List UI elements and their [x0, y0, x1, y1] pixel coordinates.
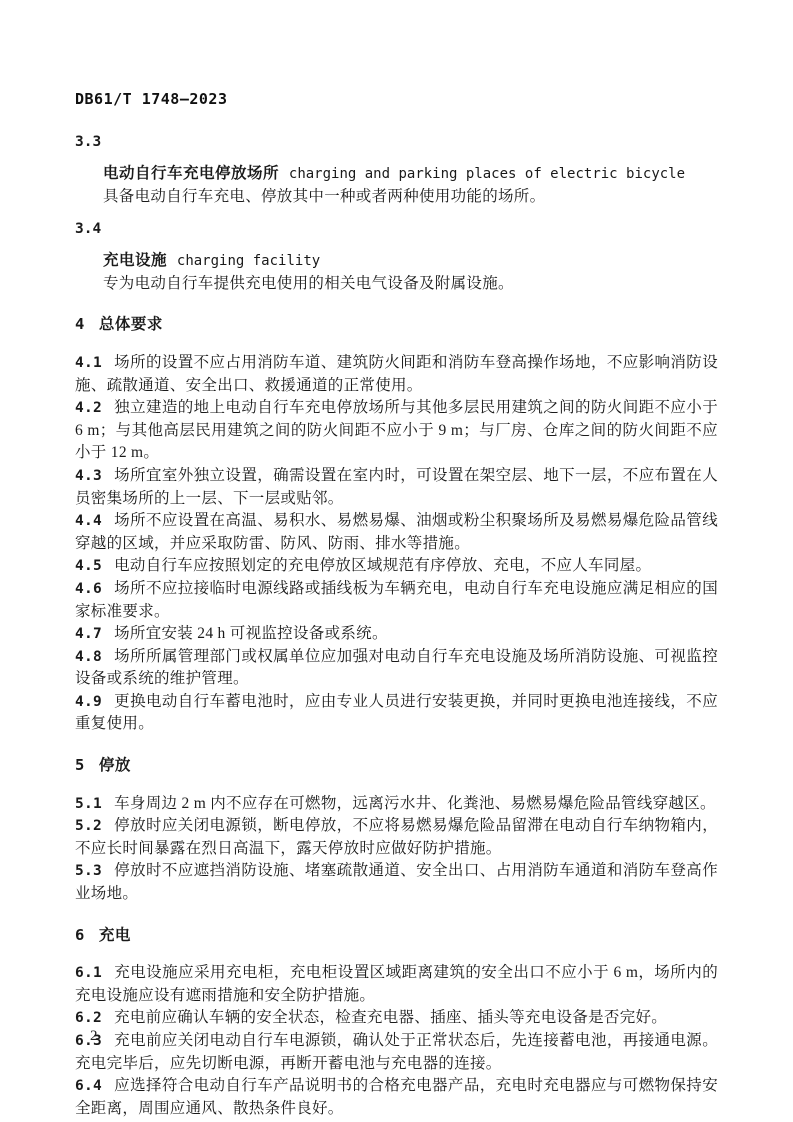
- clause-number: 4.6: [75, 581, 102, 597]
- clause-number: 6.2: [75, 1010, 102, 1026]
- document-code-header: DB61/T 1748—2023: [75, 90, 718, 108]
- clause-text: 充电前应关闭电动自行车电源锁，确认处于正常状态后，先连接蓄电池，再接通电源。充电…: [75, 1032, 718, 1072]
- section-number: 6: [75, 926, 85, 944]
- section-heading-4: 4总体要求: [75, 313, 718, 337]
- clause-number: 4.4: [75, 513, 102, 529]
- clause-6-3: 6.3充电前应关闭电动自行车电源锁，确认处于正常状态后，先连接蓄电池，再接通电源…: [75, 1030, 718, 1075]
- clause-text: 电动自行车应按照划定的充电停放区域规范有序停放、充电，不应人车同屋。: [114, 557, 651, 574]
- clause-4-3: 4.3场所宜室外独立设置，确需设置在室内时，可设置在架空层、地下一层，不应布置在…: [75, 465, 718, 510]
- clause-number: 6.1: [75, 965, 102, 981]
- clause-text: 应选择符合电动自行车产品说明书的合格充电器产品，充电时充电器应与可燃物保持安全距…: [75, 1077, 718, 1117]
- clause-number: 5.3: [75, 863, 102, 879]
- section-title: 充电: [99, 927, 131, 944]
- term-definition: 专为电动自行车提供充电使用的相关电气设备及附属设施。: [103, 273, 718, 296]
- clause-6-2: 6.2充电前应确认车辆的安全状态，检查充电器、插座、插头等充电设备是否完好。: [75, 1007, 718, 1030]
- clause-number: 6.4: [75, 1078, 102, 1094]
- section-heading-5: 5停放: [75, 754, 718, 778]
- clause-number: 4.9: [75, 694, 102, 710]
- clause-4-7: 4.7场所宜安装 24 h 可视监控设备或系统。: [75, 623, 718, 646]
- clause-5-3: 5.3停放时不应遮挡消防设施、堵塞疏散通道、安全出口、占用消防车通道和消防车登高…: [75, 860, 718, 905]
- clause-number: 4.8: [75, 649, 102, 665]
- clause-text: 场所所属管理部门或权属单位应加强对电动自行车充电设施及场所消防设施、可视监控设备…: [75, 648, 718, 688]
- clause-text: 充电设施应采用充电柜，充电柜设置区域距离建筑的安全出口不应小于 6 m，场所内的…: [75, 964, 718, 1004]
- clause-4-9: 4.9更换电动自行车蓄电池时，应由专业人员进行安装更换，并同时更换电池连接线，不…: [75, 691, 718, 736]
- clause-text: 车身周边 2 m 内不应存在可燃物，远离污水井、化粪池、易燃易爆危险品管线穿越区…: [114, 795, 716, 812]
- term-chinese: 电动自行车充电停放场所: [103, 165, 279, 182]
- section-heading-6: 6充电: [75, 924, 718, 948]
- term-title-line: 充电设施 charging facility: [103, 250, 718, 273]
- clause-4-4: 4.4场所不应设置在高温、易积水、易燃易爆、油烟或粉尘积聚场所及易燃易爆危险品管…: [75, 510, 718, 555]
- section-number: 5: [75, 756, 85, 774]
- term-number: 3.3: [75, 134, 718, 150]
- term-english: charging facility: [177, 253, 320, 269]
- term-english: charging and parking places of electric …: [289, 166, 685, 182]
- clause-4-6: 4.6场所不应拉接临时电源线路或插线板为车辆充电，电动自行车充电设施应满足相应的…: [75, 578, 718, 623]
- page-number: 2: [90, 1028, 98, 1045]
- clause-text: 场所宜室外独立设置，确需设置在室内时，可设置在架空层、地下一层，不应布置在人员密…: [75, 467, 718, 507]
- clause-text: 场所宜安装 24 h 可视监控设备或系统。: [114, 625, 388, 642]
- clause-text: 场所的设置不应占用消防车道、建筑防火间距和消防车登高操作场地，不应影响消防设施、…: [75, 354, 718, 394]
- clause-4-8: 4.8场所所属管理部门或权属单位应加强对电动自行车充电设施及场所消防设施、可视监…: [75, 646, 718, 691]
- clause-5-2: 5.2停放时应关闭电源锁，断电停放，不应将易燃易爆危险品留滞在电动自行车纳物箱内…: [75, 815, 718, 860]
- section-title: 停放: [99, 757, 131, 774]
- clause-4-5: 4.5电动自行车应按照划定的充电停放区域规范有序停放、充电，不应人车同屋。: [75, 555, 718, 578]
- clause-text: 更换电动自行车蓄电池时，应由专业人员进行安装更换，并同时更换电池连接线，不应重复…: [75, 693, 718, 733]
- clause-number: 4.1: [75, 355, 102, 371]
- term-definition: 具备电动自行车充电、停放其中一种或者两种使用功能的场所。: [103, 186, 718, 209]
- clause-number: 4.5: [75, 558, 102, 574]
- clause-number: 4.2: [75, 400, 102, 416]
- section-title: 总体要求: [99, 316, 163, 333]
- clause-number: 5.1: [75, 796, 102, 812]
- term-number: 3.4: [75, 221, 718, 237]
- clause-text: 充电前应确认车辆的安全状态，检查充电器、插座、插头等充电设备是否完好。: [114, 1009, 667, 1026]
- term-entry-3-3: 3.3 电动自行车充电停放场所 charging and parking pla…: [75, 134, 718, 208]
- clause-text: 独立建造的地上电动自行车充电停放场所与其他多层民用建筑之间的防火间距不应小于 6…: [75, 399, 718, 461]
- document-page: DB61/T 1748—2023 3.3 电动自行车充电停放场所 chargin…: [0, 0, 793, 1122]
- clause-text: 停放时应关闭电源锁，断电停放，不应将易燃易爆危险品留滞在电动自行车纳物箱内，不应…: [75, 817, 718, 857]
- clause-text: 停放时不应遮挡消防设施、堵塞疏散通道、安全出口、占用消防车通道和消防车登高作业场…: [75, 862, 718, 902]
- clause-6-4: 6.4应选择符合电动自行车产品说明书的合格充电器产品，充电时充电器应与可燃物保持…: [75, 1075, 718, 1120]
- clause-4-1: 4.1场所的设置不应占用消防车道、建筑防火间距和消防车登高操作场地，不应影响消防…: [75, 352, 718, 397]
- clause-text: 场所不应拉接临时电源线路或插线板为车辆充电，电动自行车充电设施应满足相应的国家标…: [75, 580, 718, 620]
- clause-4-2: 4.2独立建造的地上电动自行车充电停放场所与其他多层民用建筑之间的防火间距不应小…: [75, 397, 718, 465]
- term-entry-3-4: 3.4 充电设施 charging facility 专为电动自行车提供充电使用…: [75, 221, 718, 295]
- clause-number: 6.3: [75, 1033, 102, 1049]
- clause-text: 场所不应设置在高温、易积水、易燃易爆、油烟或粉尘积聚场所及易燃易爆危险品管线穿越…: [75, 512, 718, 552]
- clause-6-1: 6.1充电设施应采用充电柜，充电柜设置区域距离建筑的安全出口不应小于 6 m，场…: [75, 962, 718, 1007]
- clause-5-1: 5.1车身周边 2 m 内不应存在可燃物，远离污水井、化粪池、易燃易爆危险品管线…: [75, 793, 718, 816]
- term-title-line: 电动自行车充电停放场所 charging and parking places …: [103, 163, 718, 186]
- section-number: 4: [75, 315, 85, 333]
- clause-number: 4.7: [75, 626, 102, 642]
- term-chinese: 充电设施: [103, 252, 167, 269]
- clause-number: 5.2: [75, 818, 102, 834]
- clause-number: 4.3: [75, 468, 102, 484]
